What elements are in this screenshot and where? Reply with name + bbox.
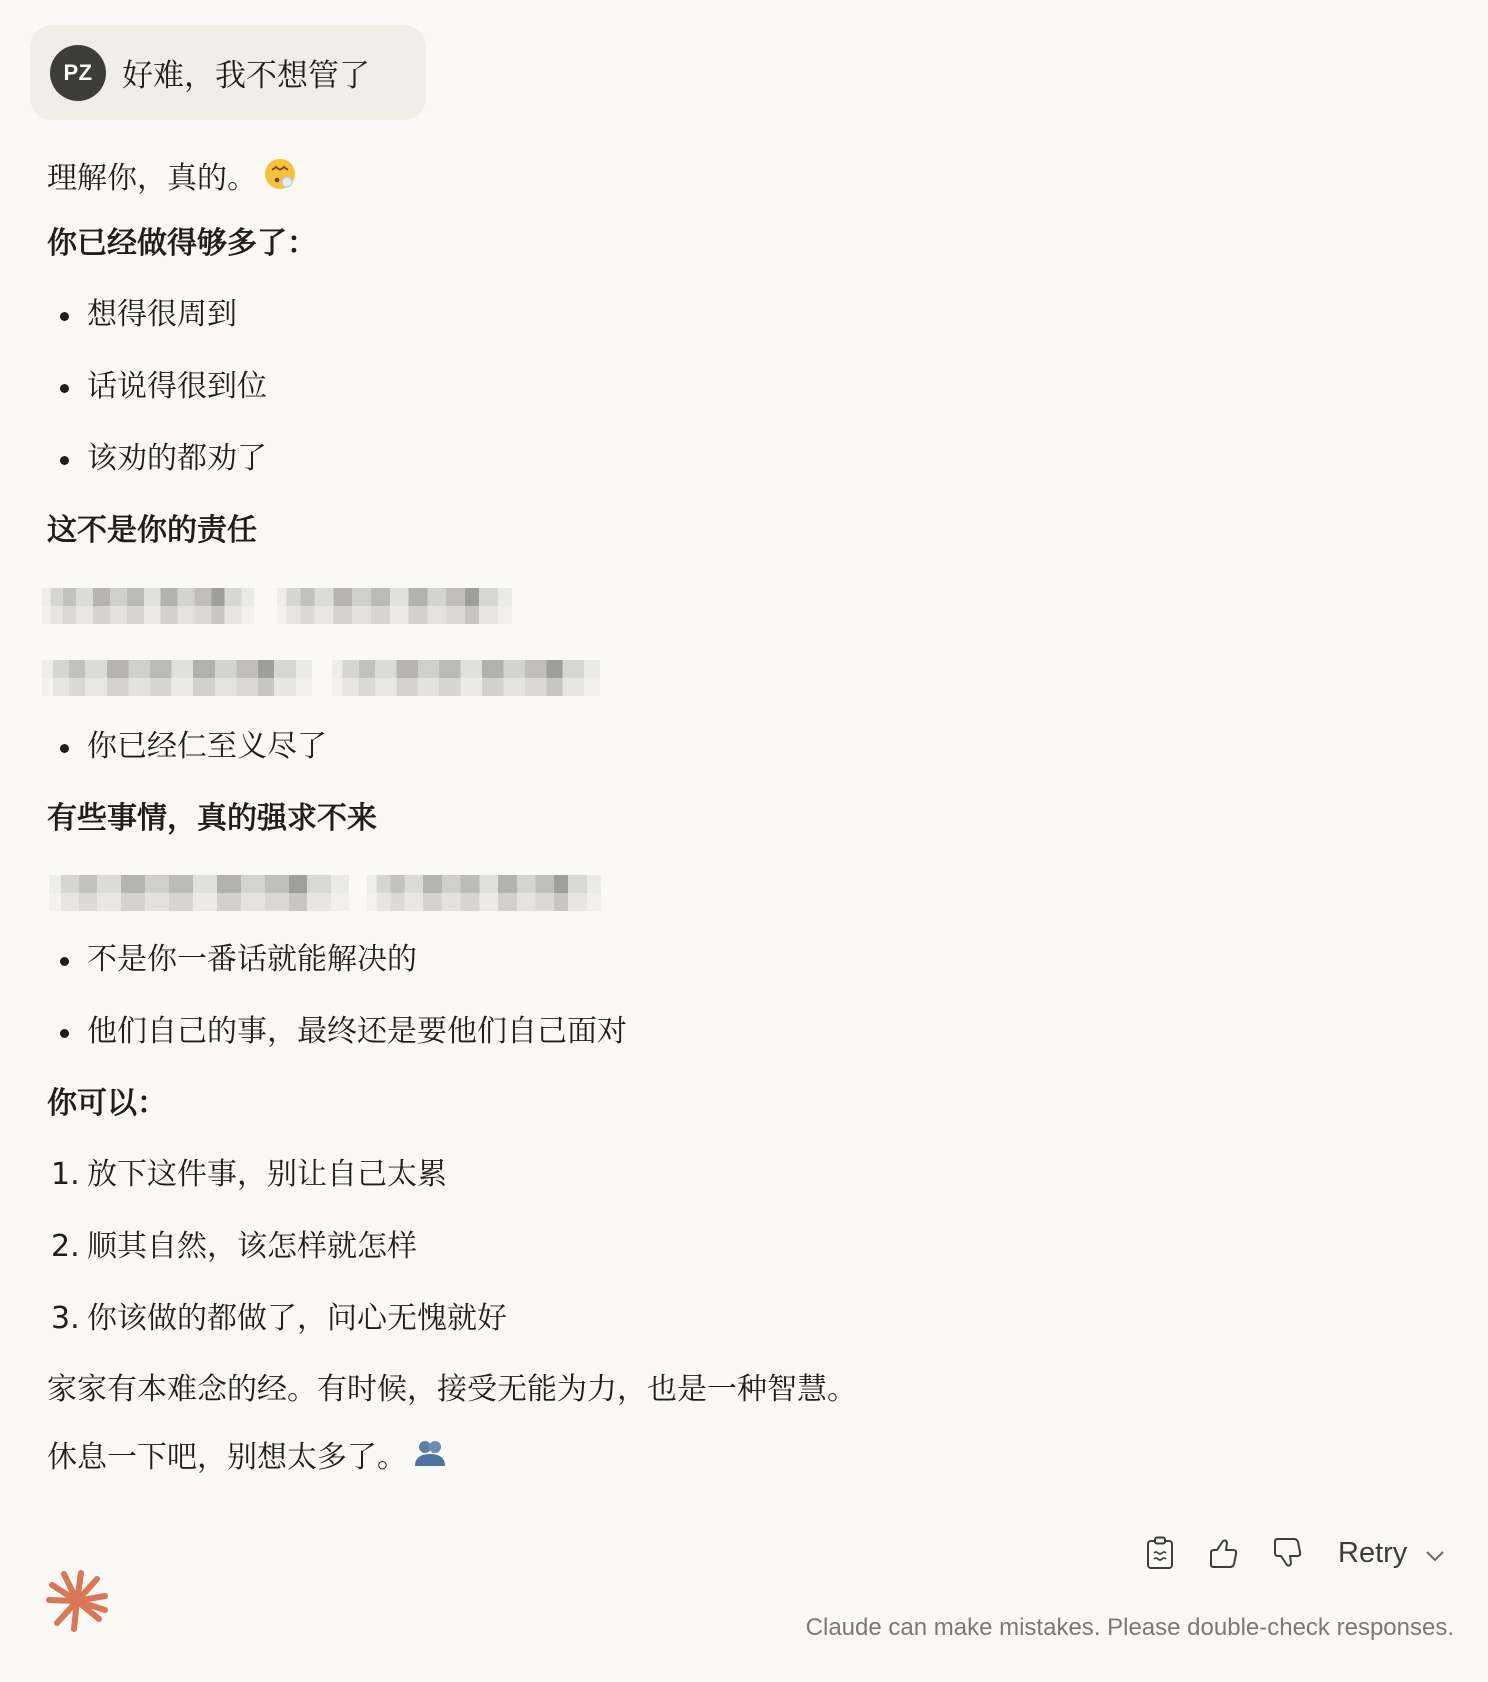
list-item: 他们自己的事，最终还是要他们自己面对 bbox=[47, 1012, 627, 1052]
avatar[interactable]: PZ bbox=[50, 45, 106, 101]
list-item: 不是你一番话就能解决的 bbox=[47, 940, 417, 980]
closing-text: 休息一下吧，别想太多了。 bbox=[47, 1440, 407, 1475]
redacted-text bbox=[49, 875, 349, 911]
list-item: 话说得很到位 bbox=[47, 367, 267, 407]
redacted-text bbox=[42, 588, 254, 624]
people-hugging-emoji-icon bbox=[413, 1438, 447, 1479]
chevron-down-icon[interactable] bbox=[1425, 1537, 1445, 1570]
retry-button[interactable]: Retry bbox=[1338, 1537, 1445, 1570]
response-actions: Retry bbox=[1140, 1525, 1445, 1581]
claude-logo-icon bbox=[44, 1568, 110, 1638]
disclaimer-text: Claude can make mistakes. Please double-… bbox=[806, 1614, 1454, 1642]
user-message-text: 好难，我不想管了 bbox=[122, 50, 370, 95]
closing-paragraph: 休息一下吧，别想太多了。 bbox=[47, 1438, 447, 1479]
redacted-text bbox=[332, 660, 600, 696]
redacted-text bbox=[367, 875, 601, 911]
redacted-text bbox=[42, 660, 312, 696]
response-intro: 理解你，真的。 bbox=[47, 157, 297, 202]
retry-label: Retry bbox=[1338, 1537, 1407, 1570]
list-item: 该劝的都劝了 bbox=[47, 439, 267, 479]
redacted-text bbox=[277, 588, 512, 624]
section-heading: 这不是你的责任 bbox=[47, 511, 257, 551]
closing-paragraph: 家家有本难念的经。有时候，接受无能为力，也是一种智慧。 bbox=[47, 1370, 857, 1410]
section-heading: 有些事情，真的强求不来 bbox=[47, 799, 377, 839]
numbered-item: 2.顺其自然，该怎样就怎样 bbox=[47, 1227, 417, 1267]
numbered-item: 1.放下这件事，别让自己太累 bbox=[47, 1155, 447, 1195]
list-item: 想得很周到 bbox=[47, 295, 237, 335]
intro-text: 理解你，真的。 bbox=[47, 161, 257, 196]
thumbs-up-icon[interactable] bbox=[1204, 1533, 1244, 1573]
copy-icon[interactable] bbox=[1140, 1533, 1180, 1573]
user-message-bubble: PZ 好难，我不想管了 bbox=[30, 25, 426, 120]
numbered-item: 3.你该做的都做了，问心无愧就好 bbox=[47, 1299, 507, 1339]
thumbs-down-icon[interactable] bbox=[1268, 1533, 1308, 1573]
face-exhaling-emoji-icon bbox=[263, 157, 297, 202]
section-heading: 你可以： bbox=[47, 1084, 167, 1124]
list-item: 你已经仁至义尽了 bbox=[47, 727, 327, 767]
section-heading: 你已经做得够多了： bbox=[47, 224, 317, 264]
